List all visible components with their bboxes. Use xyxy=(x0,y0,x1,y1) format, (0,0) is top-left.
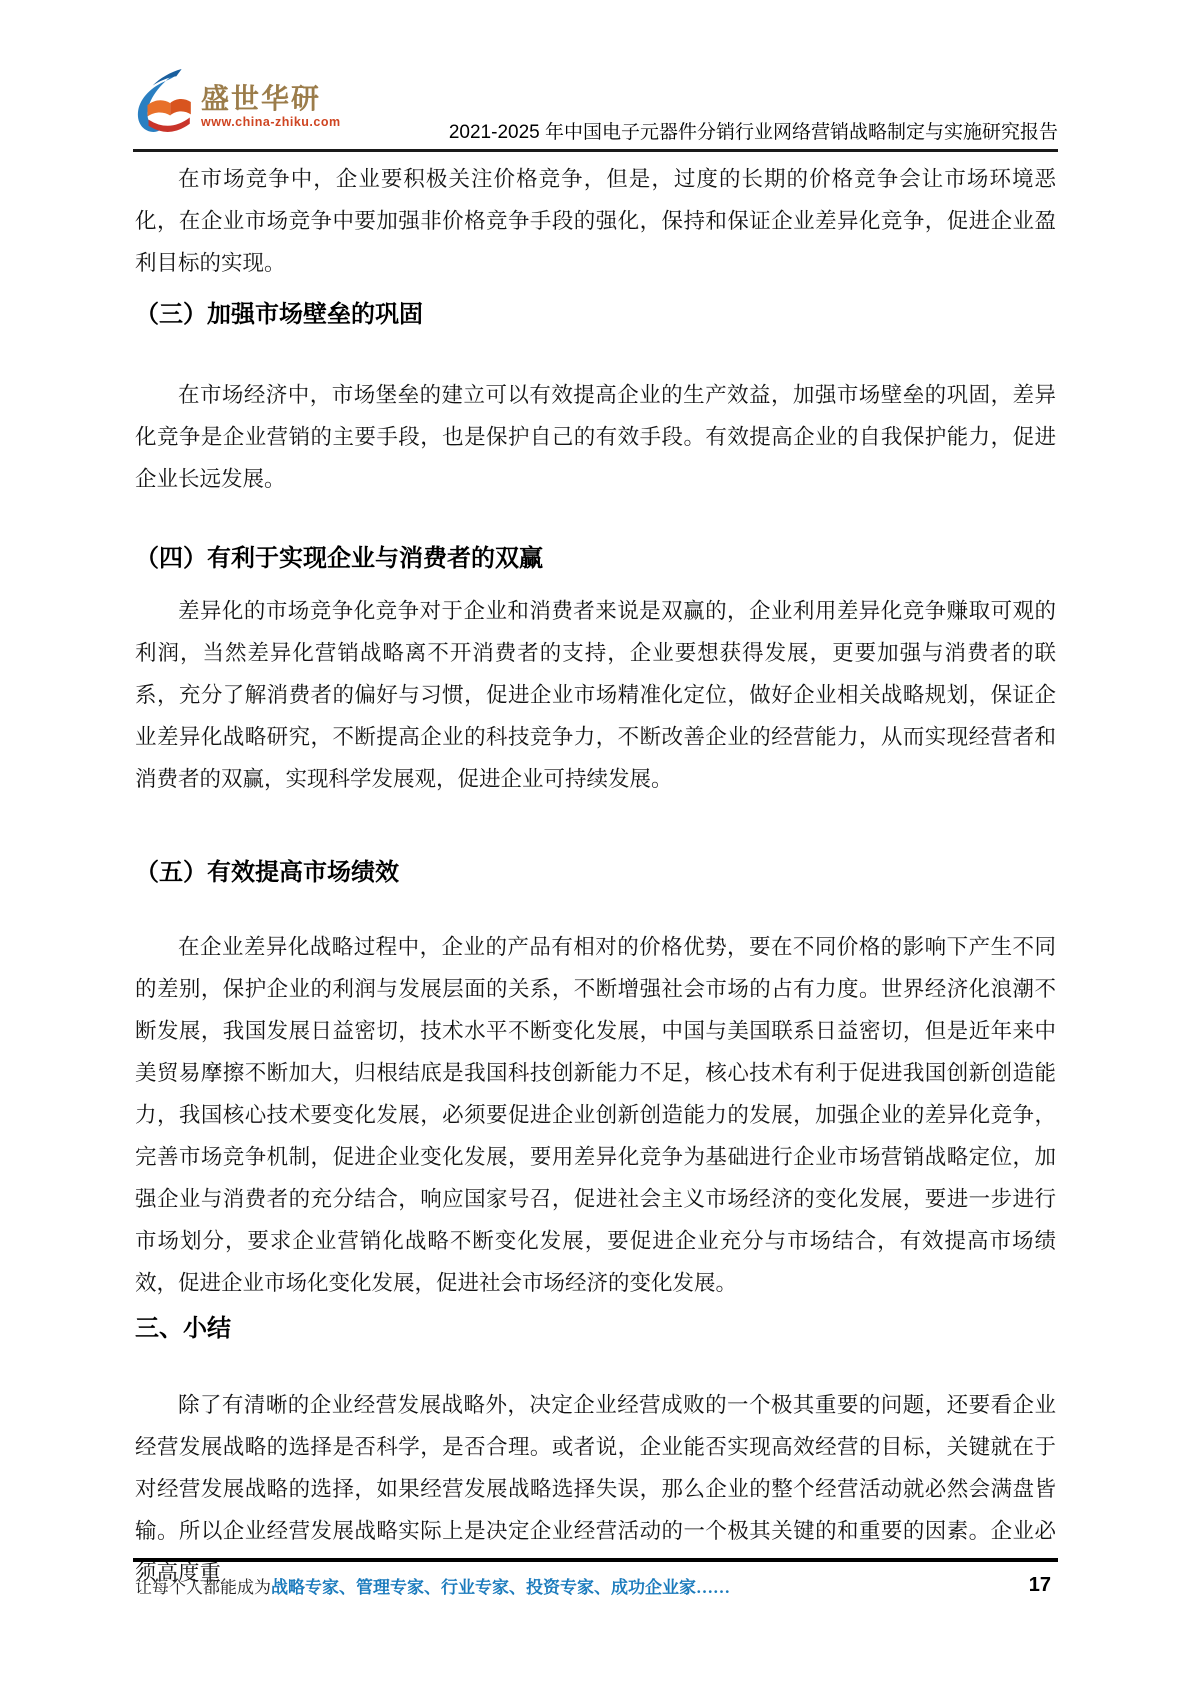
logo-text: 盛世华研 www.china-zhiku.com xyxy=(201,84,341,130)
page-number: 17 xyxy=(1029,1574,1051,1597)
logo-website-text: www.china-zhiku.com xyxy=(201,114,341,130)
footer-tagline-prefix: 让每个人都能成为 xyxy=(135,1578,271,1597)
heading-section-5: （五）有效提高市场绩效 xyxy=(135,856,1056,890)
footer-tagline: 让每个人都能成为战略专家、管理专家、行业专家、投资专家、成功企业家…… xyxy=(135,1576,730,1600)
report-title: 2021-2025 年中国电子元器件分销行业网络营销战略制定与实施研究报告 xyxy=(449,117,1058,144)
heading-summary: 三、小结 xyxy=(135,1312,1056,1346)
report-page: 盛世华研 www.china-zhiku.com 2021-2025 年中国电子… xyxy=(0,0,1191,1684)
paragraph-price-competition: 在市场竞争中，企业要积极关注价格竞争，但是，过度的长期的价格竞争会让市场环境恶化… xyxy=(135,158,1056,284)
logo-mark-icon xyxy=(133,68,195,134)
footer-divider xyxy=(133,1558,1058,1562)
paragraph-market-barrier: 在市场经济中，市场堡垒的建立可以有效提高企业的生产效益，加强市场壁垒的巩固，差异… xyxy=(135,374,1056,500)
logo: 盛世华研 www.china-zhiku.com xyxy=(133,68,341,134)
paragraph-summary: 除了有清晰的企业经营发展战略外，决定企业经营成败的一个极其重要的问题，还要看企业… xyxy=(135,1384,1056,1594)
heading-section-4: （四）有利于实现企业与消费者的双赢 xyxy=(135,542,1056,576)
footer-tagline-highlight: 战略专家、管理专家、行业专家、投资专家、成功企业家…… xyxy=(271,1578,730,1597)
logo-brand-text: 盛世华研 xyxy=(201,84,341,114)
paragraph-market-performance: 在企业差异化战略过程中，企业的产品有相对的价格优势，要在不同价格的影响下产生不同… xyxy=(135,926,1056,1304)
heading-section-3: （三）加强市场壁垒的巩固 xyxy=(135,298,1056,332)
page-header: 盛世华研 www.china-zhiku.com 2021-2025 年中国电子… xyxy=(133,64,1058,152)
paragraph-win-win: 差异化的市场竞争化竞争对于企业和消费者来说是双赢的，企业利用差异化竞争赚取可观的… xyxy=(135,590,1056,800)
